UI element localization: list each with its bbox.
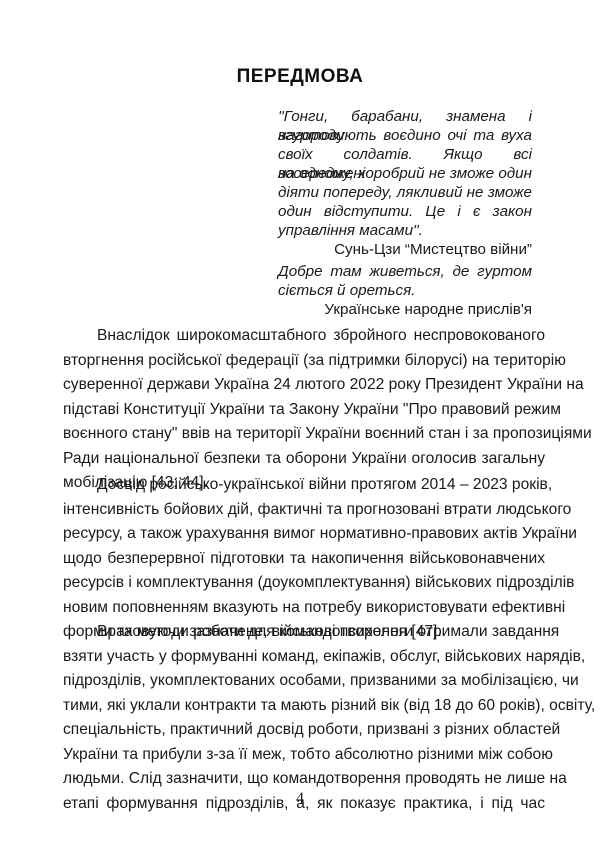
epigraph-line: на одному, хоробрий не зможе один xyxy=(278,164,532,183)
body-line: щодо безперервної підготовки та накопиче… xyxy=(63,549,545,569)
epigraph-line: згуртовують воєдино очі та вуха xyxy=(278,126,532,145)
epigraph-line: управління масами''. xyxy=(278,221,532,240)
epigraph-attribution: Сунь-Цзи “Мистецтво війни” xyxy=(334,240,532,259)
body-line: ресурсу, а також урахування вимог нормат… xyxy=(63,524,545,544)
body-line: спеціальність, практичний досвід роботи,… xyxy=(63,720,545,740)
body-line: України та прибули з-за її меж, тобто аб… xyxy=(63,745,545,765)
epigraph-attribution: Українське народне прислів'я xyxy=(324,300,532,319)
epigraph-line: Добре там живеться, де гуртом xyxy=(278,262,532,281)
body-line: суверенної держави Україна 24 лютого 202… xyxy=(63,375,545,395)
body-line: Досвід російсько-української війни протя… xyxy=(97,475,545,495)
page-number: 4 xyxy=(0,790,600,808)
body-line: новим поповненням вказують на потребу ви… xyxy=(63,598,545,618)
page-title: ПЕРЕДМОВА xyxy=(0,66,600,88)
body-line: людьми. Слід зазначити, що командотворен… xyxy=(63,769,545,789)
body-line: підрозділів, укомплектованих особами, пр… xyxy=(63,671,545,691)
body-line: Ради національної безпеки та оборони Укр… xyxy=(63,449,545,469)
body-line: воєнного стану" ввів на території Україн… xyxy=(63,424,545,444)
body-line: тими, які уклали контракти та мають різн… xyxy=(63,696,545,716)
epigraph-line: сіється й ореться. xyxy=(278,281,532,300)
body-line: Враховуючи зазначене, військові психолог… xyxy=(97,622,545,642)
body-line: взяти участь у формуванні команд, екіпаж… xyxy=(63,647,545,667)
epigraph-line: один відступити. Це і є закон xyxy=(278,202,532,221)
body-line: Внаслідок широкомасштабного збройного не… xyxy=(97,326,545,346)
body-line: підставі Конституції України та Закону У… xyxy=(63,400,545,420)
body-line: інтенсивність бойових дій, фактичні та п… xyxy=(63,500,545,520)
body-line: вторгнення російської федерації (за підт… xyxy=(63,351,545,371)
body-line: ресурсів і комплектування (доукомплектув… xyxy=(63,573,545,593)
epigraph-line: діяти попереду, лякливий не зможе xyxy=(278,183,532,202)
